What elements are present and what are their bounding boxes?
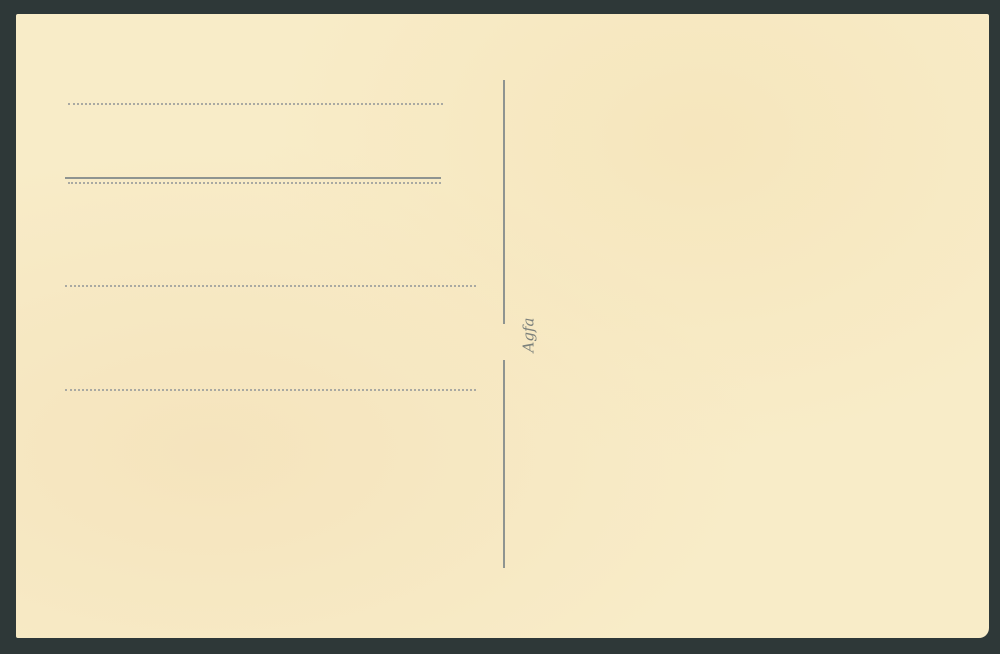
divider-line-top (503, 80, 505, 324)
postcard-back: Agfa (16, 14, 989, 638)
address-line-1 (68, 103, 443, 105)
publisher-mark: Agfa (519, 318, 537, 353)
address-rule (65, 177, 441, 179)
divider-line-bottom (503, 360, 505, 568)
address-line-3 (65, 285, 476, 287)
address-line-4 (65, 389, 476, 391)
address-line-2 (68, 182, 441, 184)
